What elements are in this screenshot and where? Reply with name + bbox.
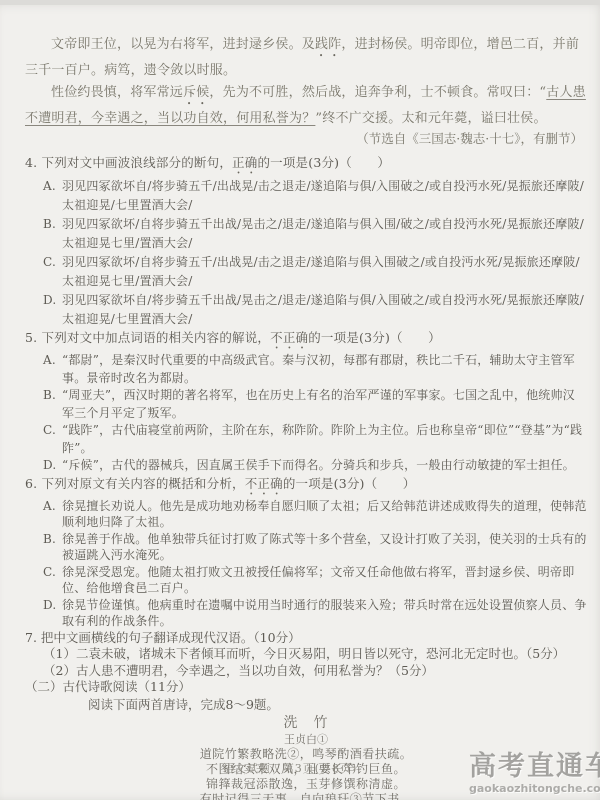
option-text: 徐晃节俭谨慎。他病重时在遗嘱中说用当时通行的服装来入殓；带兵时常在远处设置侦察人… <box>62 598 587 629</box>
question-5: 5. 下列对文中加点词语的相关内容的解说，不正确的一项是(3分)（ ） A.“都… <box>25 329 587 475</box>
stem-text: 的一项是(3分)（ ） <box>283 476 416 491</box>
translation-item-2: （2）古人患不遭明君，今幸遇之，当以功自效，何用私誉为？（5分） <box>25 663 587 680</box>
option-label: B. <box>43 387 56 405</box>
option-a: A.羽见四冢欲坏自/将步骑五千/出战晃/击之退走/遂追陷与俱/入围破之/或自投沔… <box>25 177 587 215</box>
translation-item-1: （1）二袁未破，诸城未下者倾耳而听，今日灭易阳，明日皆以死守，恐河北无定时也。（… <box>25 646 587 663</box>
option-c: C.徐晃深受恩宠。他随太祖打败文丑被授任偏将军；文帝又任命他做右将军，晋封逯乡侯… <box>25 564 587 597</box>
passage-text: ，先为不可胜，然后战，追奔争利，士不顿食。常叹曰：“ <box>209 85 546 100</box>
option-text: 徐晃擅长劝说人。他先是成功地劝杨奉自愿归顺了太祖；后又给韩范讲述成败得失的道理，… <box>62 499 587 530</box>
option-label: B. <box>43 531 56 548</box>
option-c: C.羽见四冢欲坏/自将步骑五千/出战晃/击之退走/遂追陷与俱入围破之/或自投沔水… <box>25 253 587 291</box>
question-number: 5. <box>25 330 37 345</box>
option-text: 羽见四冢欲坏自/将步骑五千/出战晃/击之退走/遂追陷与俱/入围破之/或自投沔水死… <box>62 179 584 212</box>
poem-author: 王贞白① <box>25 732 587 747</box>
option-b: B.羽见四冢欲坏/自将步骑五千出战/晃击之/退走/遂追陷与俱入围/破之/或自投沔… <box>25 215 587 253</box>
dotted-emphasis: 不正确 <box>245 476 283 491</box>
section-2-instruction: 阅读下面两首唐诗，完成8～9题。 <box>25 696 587 713</box>
option-c: C.“践阼”，古代庙寝堂前两阶，主阶在东，称阼阶。阼阶上为主位。后也称皇帝“即位… <box>25 422 587 457</box>
option-text: 徐晃善于作战。他单独带兵征讨打败了陈式等十多个营垒，又设计打败了关羽，使关羽的士… <box>62 532 587 563</box>
section-2-heading: （二）古代诗歌阅读（11分） <box>25 679 587 696</box>
option-label: C. <box>43 253 56 272</box>
watermark-logo: 高考直通车 <box>469 753 600 780</box>
question-number: 4. <box>25 155 37 170</box>
question-4-stem: 4. 下列对文中画波浪线部分的断句，正确的一项是(3分)（ ） <box>25 153 587 177</box>
option-label: C. <box>43 564 56 581</box>
option-label: B. <box>43 215 56 234</box>
question-number: 7. <box>25 630 37 645</box>
passage-text: 性俭约畏慎，将军常远 <box>51 85 183 100</box>
dotted-emphasis: 正确 <box>232 155 257 170</box>
option-d: D.羽见四冢欲坏自/将步骑五千出战/晃击之/退走/遂追陷与俱/入围破之/或自投沔… <box>25 291 587 329</box>
stem-text: 下列对原文有关内容的概括和分析， <box>42 476 245 491</box>
option-label: A. <box>43 498 56 515</box>
option-label: D. <box>43 291 56 310</box>
option-d: D.徐晃节俭谨慎。他病重时在遗嘱中说用当时通行的服装来入殓；带兵时常在远处设置侦… <box>25 597 587 630</box>
passage-paragraph-2: 性俭约畏慎，将军常远斥候，先为不可胜，然后战，追奔争利，士不顿食。常叹曰：“古人… <box>25 82 587 129</box>
stem-text: 的一项是(3分)（ ） <box>257 155 390 170</box>
option-label: A. <box>43 177 56 196</box>
dotted-term-jianzuo: 践阼 <box>315 37 341 52</box>
page-content: 文帝即王位，以晃为右将军，进封逯乡侯。及践阼，进封杨侯。明帝即位，增邑二百，并前… <box>25 34 587 800</box>
option-text: 徐晃深受恩宠。他随太祖打败文丑被授任偏将军；文帝又任命他做右将军，晋封逯乡侯、明… <box>62 565 574 596</box>
option-text: 羽见四冢欲坏/自将步骑五千出战/晃击之/退走/遂追陷与俱入围/破之/或自投沔水死… <box>62 217 584 250</box>
option-d: D.“斥候”，古代的器械兵，因直属王侯手下而得名。分骑兵和步兵，一般由行动敏捷的… <box>25 457 587 475</box>
dotted-emphasis: 不正确 <box>270 330 308 345</box>
watermark-url: gaokaozhitongche.com <box>469 783 600 794</box>
stem-text: 的一项是(3分)（ ） <box>308 330 441 345</box>
dotted-term-chihou: 斥候 <box>183 85 209 100</box>
option-label: C. <box>43 422 56 440</box>
stem-text: 下列对文中加点词语的相关内容的解说， <box>42 330 271 345</box>
option-text: “都尉”，是秦汉时代重要的中高级武官。秦与汉初，每郡有郡尉，秩比二千石，辅助太守… <box>62 353 575 385</box>
passage-text: ”终不广交援。太和元年薨，谥曰壮侯。 <box>315 111 546 126</box>
source-attribution: （节选自《三国志·魏志·十七》，有删节） <box>25 129 587 149</box>
stem-text: 下列对文中画波浪线部分的断句， <box>42 155 233 170</box>
option-text: “周亚夫”，西汉时期的著名将军，也在历史上有名的治军严谨的军事家。七国之乱中，他… <box>62 388 575 420</box>
question-7-stem: 7. 把中文画横线的句子翻译成现代汉语。（10分） <box>25 630 587 647</box>
question-6: 6. 下列对原文有关内容的概括和分析，不正确的一项是(3分)（ ） A.徐晃擅长… <box>25 475 587 630</box>
exam-paper-scan: 文帝即王位，以晃为右将军，进封逯乡侯。及践阼，进封杨侯。明帝即位，增邑二百，并前… <box>0 0 600 800</box>
option-a: A.“都尉”，是秦汉时代重要的中高级武官。秦与汉初，每郡有郡尉，秩比二千石，辅助… <box>25 352 587 387</box>
stem-text: 把中文画横线的句子翻译成现代汉语。（10分） <box>41 630 301 645</box>
question-5-stem: 5. 下列对文中加点词语的相关内容的解说，不正确的一项是(3分)（ ） <box>25 329 587 352</box>
watermark: 高考直通车 gaokaozhitongche.com <box>469 753 600 794</box>
option-b: B.“周亚夫”，西汉时期的著名将军，也在历史上有名的治军严谨的军事家。七国之乱中… <box>25 387 587 422</box>
option-label: D. <box>43 597 56 614</box>
option-text: “践阼”，古代庙寝堂前两阶，主阶在东，称阼阶。阼阶上为主位。后也称皇帝“即位”“… <box>62 423 582 455</box>
option-text: 羽见四冢欲坏/自将步骑五千/出战晃/击之退走/遂追陷与俱入围破之/或自投沔水死/… <box>62 255 580 288</box>
question-7: 7. 把中文画横线的句子翻译成现代汉语。（10分） （1）二袁未破，诸城未下者倾… <box>25 630 587 680</box>
option-text: 羽见四冢欲坏自/将步骑五千出战/晃击之/退走/遂追陷与俱/入围破之/或自投沔水死… <box>62 293 584 326</box>
question-4: 4. 下列对文中画波浪线部分的断句，正确的一项是(3分)（ ） A.羽见四冢欲坏… <box>25 153 587 329</box>
question-number: 6. <box>25 476 37 491</box>
option-b: B.徐晃善于作战。他单独带兵征讨打败了陈式等十多个营垒，又设计打败了关羽，使关羽… <box>25 531 587 564</box>
scan-top-edge <box>0 0 600 5</box>
poem-title: 洗 竹 <box>25 715 587 732</box>
option-label: A. <box>43 352 56 370</box>
passage-text: 文帝即王位，以晃为右将军，进封逯乡侯。及 <box>51 37 315 52</box>
option-label: D. <box>43 457 56 475</box>
option-text: “斥候”，古代的器械兵，因直属王侯手下而得名。分骑兵和步兵，一般由行动敏捷的军士… <box>62 458 575 472</box>
question-6-stem: 6. 下列对原文有关内容的概括和分析，不正确的一项是(3分)（ ） <box>25 475 587 498</box>
passage-paragraph-1: 文帝即王位，以晃为右将军，进封逯乡侯。及践阼，进封杨侯。明帝即位，增邑二百，并前… <box>25 34 587 82</box>
option-a: A.徐晃擅长劝说人。他先是成功地劝杨奉自愿归顺了太祖；后又给韩范讲述成败得失的道… <box>25 498 587 531</box>
